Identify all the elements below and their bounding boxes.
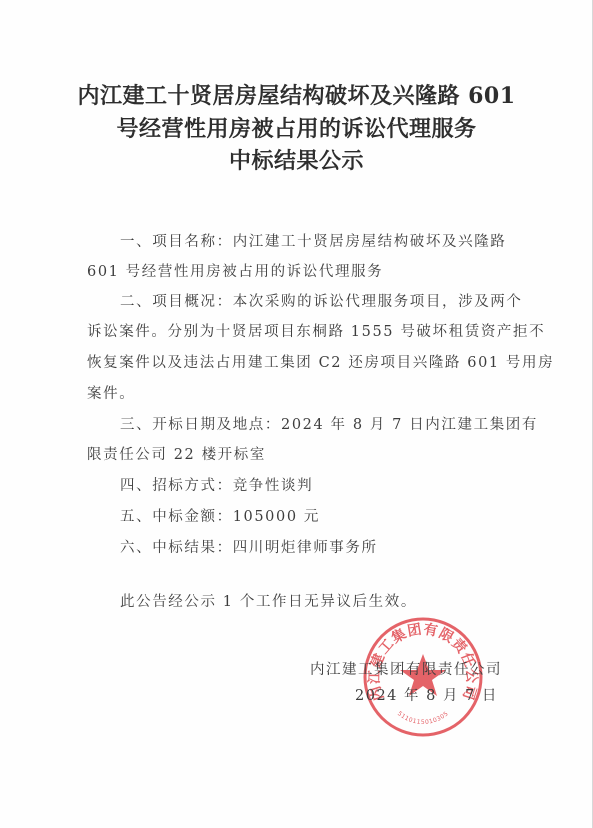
svg-text:5110115010305: 5110115010305 (396, 710, 450, 726)
project-overview-line-4: 案件。 (87, 382, 135, 403)
project-overview-line-3: 恢复案件以及违法占用建工集团 C2 还房项目兴隆路 601 号用房 (87, 351, 554, 372)
project-overview-line-1: 二、项目概况：本次采购的诉讼代理服务项目，涉及两个 (120, 290, 523, 311)
project-overview-line-2: 诉讼案件。分别为十贤居项目东桐路 1555 号破坏租赁资产拒不 (87, 320, 545, 341)
project-name-line-2: 601 号经营性用房被占用的诉讼代理服务 (87, 260, 383, 281)
bid-opening-line-2: 限责任公司 22 楼开标室 (87, 443, 266, 464)
winning-amount: 五、中标金额：105000 元 (120, 505, 320, 526)
bid-opening-line-1: 三、开标日期及地点：2024 年 8 月 7 日内江建工集团有 (120, 413, 538, 434)
title-line-1: 内江建工十贤居房屋结构破坏及兴隆路 601 (0, 79, 593, 110)
signature-company: 内江建工集团有限责任公司 (310, 658, 502, 679)
project-name-line-1: 一、项目名称：内江建工十贤居房屋结构破坏及兴隆路 (120, 230, 506, 251)
winning-result: 六、中标结果：四川明炬律师事务所 (120, 536, 378, 557)
title-line-3: 中标结果公示 (0, 144, 593, 175)
document-page: 内江建工十贤居房屋结构破坏及兴隆路 601 号经营性用房被占用的诉讼代理服务 中… (0, 0, 593, 828)
signature-date: 2024 年 8 月 7 日 (355, 684, 498, 705)
title-line-2: 号经营性用房被占用的诉讼代理服务 (0, 112, 593, 143)
bidding-method: 四、招标方式：竞争性谈判 (120, 474, 313, 495)
effective-notice: 此公告经公示 1 个工作日无异议后生效。 (120, 590, 417, 611)
